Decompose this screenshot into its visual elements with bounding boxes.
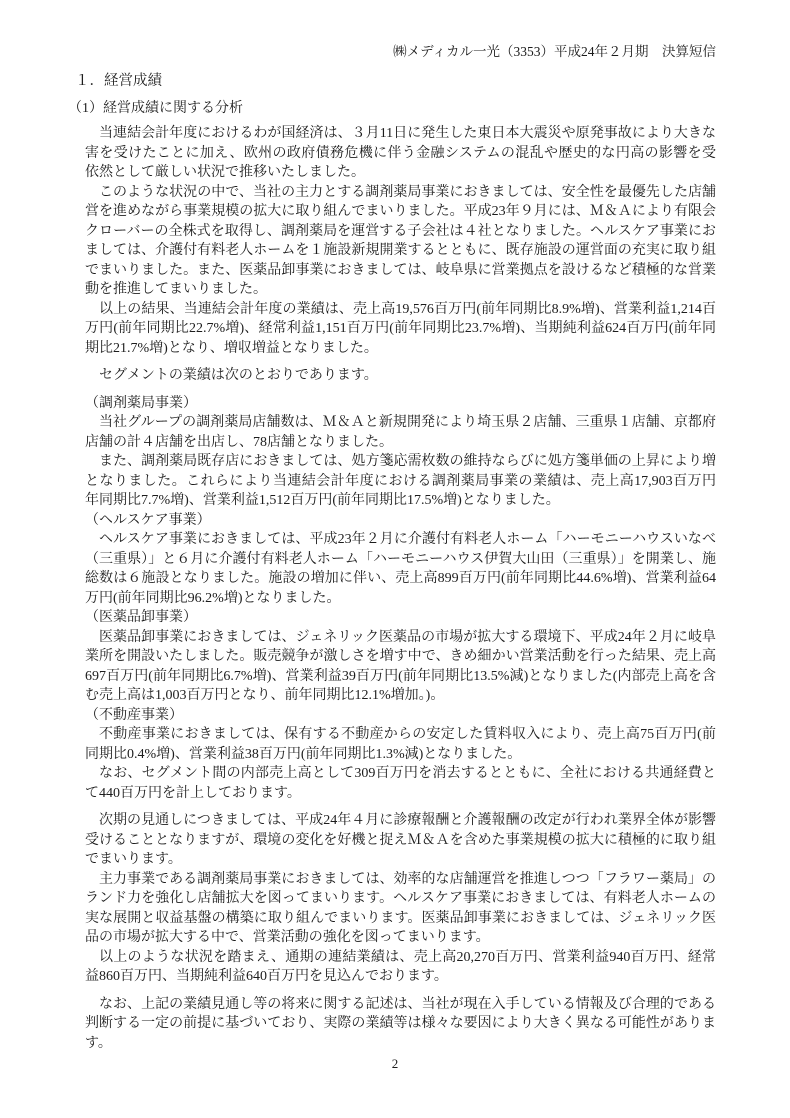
text-line: となりました。これらにより当連結会計年度における調剤薬局事業の業績は、売上高17… [85, 472, 716, 492]
subsection-heading: （1）経営成績に関する分析 [68, 100, 716, 118]
page-number: 2 [0, 1056, 790, 1072]
text-line: 実な展開と収益基盤の構築に取り組んでまいります。医薬品卸事業におきましては、ジェ… [85, 909, 716, 929]
text-line: このような状況の中で、当社の主力とする調剤薬局事業におきましては、安全性を最優先… [85, 183, 716, 203]
text-line: （三重県）」と６月に介護付有料老人ホーム「ハーモニーハウス伊賀大山田（三重県）」… [85, 550, 716, 570]
text-line: ランド力を強化し店舗拡大を図ってまいります。ヘルスケア事業におきましては、有料老… [85, 889, 716, 909]
text-line: でまいりました。また、医薬品卸事業におきましては、岐阜県に営業拠点を設けるなど積… [85, 261, 716, 281]
text-line: 判断する一定の前提に基づいており、実際の業績等は様々な要因により大きく異なる可能… [85, 1014, 716, 1034]
text-line: なお、上記の業績見通し等の将来に関する記述は、当社が現在入手している情報及び合理… [85, 995, 716, 1015]
text-line: す。 [85, 1034, 716, 1054]
text-line: 当社グループの調剤薬局店舗数は、Ｍ＆Ａと新規開発により埼玉県２店舗、三重県１店舗… [85, 413, 716, 433]
text-line: でまいります。 [85, 850, 716, 870]
text-line: また、調剤薬局既存店におきましては、処方箋応需枚数の維持ならびに処方箋単価の上昇… [85, 452, 716, 472]
text-line: 主力事業である調剤薬局事業におきましては、効率的な店舗運営を推進しつつ「フラワー… [85, 870, 716, 890]
text-line: 次期の見通しにつきましては、平成24年４月に診療報酬と介護報酬の改定が行われ業界… [85, 811, 716, 831]
text-line: 益860百万円、当期純利益640百万円を見込んでおります。 [85, 967, 716, 987]
text-line: （不動産事業） [85, 706, 716, 726]
text-line: なお、セグメント間の内部売上高として309百万円を消去するとともに、全社における… [85, 764, 716, 784]
text-line: 営を進めながら事業規模の拡大に取り組んでまいりました。平成23年９月には、Ｍ＆Ａ… [85, 202, 716, 222]
text-line: 動を推進してまいりました。 [85, 280, 716, 300]
text-line: ましては、介護付有料老人ホームを１施設新規開業するとともに、既存施設の運営面の充… [85, 241, 716, 261]
text-line: （調剤薬局事業） [85, 394, 716, 414]
text-line: 以上の結果、当連結会計年度の業績は、売上高19,576百万円(前年同期比8.9%… [85, 300, 716, 320]
text-line: 当連結会計年度におけるわが国経済は、３月11日に発生した東日本大震災や原発事故に… [85, 124, 716, 144]
text-line: 同期比0.4%増)、営業利益38百万円(前年同期比1.3%減)となりました。 [85, 745, 716, 765]
text-line: 期比21.7%増)となり、増収増益となりました。 [85, 339, 716, 359]
text-line: 万円(前年同期比22.7%増)、経常利益1,151百万円(前年同期比23.7%増… [85, 319, 716, 339]
text-line: 依然として厳しい状況で推移いたしました。 [85, 163, 716, 183]
document-header: ㈱メディカル一光（3353）平成24年２月期 決算短信 [85, 44, 716, 60]
text-line: 697百万円(前年同期比6.7%増)、営業利益39百万円(前年同期比13.5%減… [85, 667, 716, 687]
text-line: む売上高は1,003百万円となり、前年同期比12.1%増加。)。 [85, 686, 716, 706]
text-line: ヘルスケア事業におきましては、平成23年２月に介護付有料老人ホーム「ハーモニーハ… [85, 530, 716, 550]
text-line: 年同期比7.7%増)、営業利益1,512百万円(前年同期比17.5%増)となりま… [85, 491, 716, 511]
text-body: 当連結会計年度におけるわが国経済は、３月11日に発生した東日本大震災や原発事故に… [85, 124, 716, 1053]
text-line: 業所を開設いたしました。販売競争が激しさを増す中で、きめ細かい営業活動を行った結… [85, 647, 716, 667]
text-line: （ヘルスケア事業） [85, 511, 716, 531]
text-line: 受けることとなりますが、環境の変化を好機と捉えＭ＆Ａを含めた事業規模の拡大に積極… [85, 831, 716, 851]
text-line: 品の市場が拡大する中で、営業活動の強化を図ってまいります。 [85, 928, 716, 948]
text-line: （医薬品卸事業） [85, 608, 716, 628]
section-heading: １．経営成績 [75, 72, 716, 90]
text-line: て440百万円を計上しております。 [85, 784, 716, 804]
document-page: ㈱メディカル一光（3353）平成24年２月期 決算短信 １．経営成績 （1）経営… [0, 0, 790, 1118]
text-line: 不動産事業におきましては、保有する不動産からの安定した賃料収入により、売上高75… [85, 725, 716, 745]
text-line: 以上のような状況を踏まえ、通期の連結業績は、売上高20,270百万円、営業利益9… [85, 948, 716, 968]
text-line: 総数は６施設となりました。施設の増加に伴い、売上高899百万円(前年同期比44.… [85, 569, 716, 589]
text-line: セグメントの業績は次のとおりであります。 [85, 366, 716, 386]
text-line: 害を受けたことに加え、欧州の政府債務危機に伴う金融システムの混乱や歴史的な円高の… [85, 144, 716, 164]
text-line: 店舗の計４店舗を出店し、78店舗となりました。 [85, 433, 716, 453]
text-line: 万円(前年同期比96.2%増)となりました。 [85, 589, 716, 609]
text-line: クローバーの全株式を取得し、調剤薬局を運営する子会社は４社となりました。ヘルスケ… [85, 222, 716, 242]
text-line: 医薬品卸事業におきましては、ジェネリック医薬品の市場が拡大する環境下、平成24年… [85, 628, 716, 648]
